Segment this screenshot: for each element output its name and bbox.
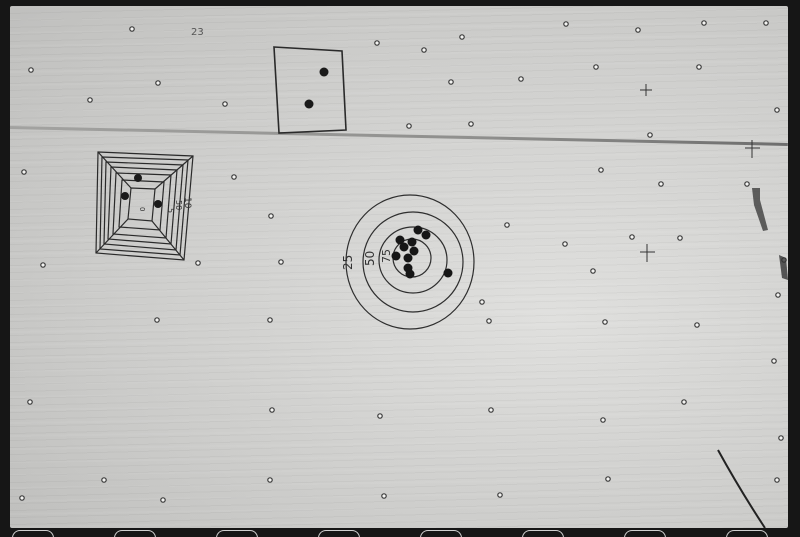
nail-hole	[407, 124, 411, 128]
nail-holes	[20, 21, 786, 502]
nail-hole	[599, 168, 603, 172]
square-target-label: 10	[182, 197, 192, 209]
film-sprocket-holes	[0, 530, 800, 537]
board-crack	[718, 450, 765, 528]
nail-hole	[519, 77, 523, 81]
nail-hole	[776, 293, 780, 297]
nail-hole	[469, 122, 473, 126]
nail-hole	[487, 319, 491, 323]
nail-hole	[480, 300, 484, 304]
sprocket-hole	[114, 530, 156, 537]
nail-hole	[130, 27, 134, 31]
pencil-marks	[640, 84, 760, 262]
nail-hole	[41, 263, 45, 267]
sprocket-hole	[216, 530, 258, 537]
nail-hole	[601, 418, 605, 422]
nail-hole	[563, 242, 567, 246]
nail-hole	[20, 496, 24, 500]
sprocket-hole	[522, 530, 564, 537]
sprocket-hole	[318, 530, 360, 537]
sprocket-hole	[726, 530, 768, 537]
rectangle-target	[274, 47, 346, 133]
bullet-hole	[320, 68, 329, 77]
bullet-hole	[121, 192, 129, 200]
nail-hole	[102, 478, 106, 482]
nail-hole	[223, 102, 227, 106]
nail-hole	[606, 477, 610, 481]
square-target-label: 5	[166, 208, 175, 213]
nail-hole	[382, 494, 386, 498]
nail-hole	[489, 408, 493, 412]
bullet-hole	[154, 200, 162, 208]
nail-hole	[196, 261, 200, 265]
nail-hole	[764, 21, 768, 25]
nail-hole	[659, 182, 663, 186]
nail-hole	[29, 68, 33, 72]
nail-hole	[232, 175, 236, 179]
nail-hole	[505, 223, 509, 227]
nail-hole	[269, 214, 273, 218]
target-drawings: 23 0 5 50 10 25 50 75	[0, 0, 800, 537]
nail-hole	[22, 170, 26, 174]
nail-hole	[648, 133, 652, 137]
nail-hole	[630, 235, 634, 239]
nail-hole	[591, 269, 595, 273]
board-marking: 23	[191, 27, 204, 38]
nail-hole	[268, 478, 272, 482]
nail-hole	[161, 498, 165, 502]
nail-hole	[270, 408, 274, 412]
nail-hole	[678, 236, 682, 240]
nail-hole	[155, 318, 159, 322]
nail-hole	[702, 21, 706, 25]
nail-hole	[498, 493, 502, 497]
ring-label-75: 75	[380, 249, 393, 263]
nail-hole	[594, 65, 598, 69]
nail-hole	[695, 323, 699, 327]
sprocket-hole	[624, 530, 666, 537]
nail-hole	[779, 436, 783, 440]
square-target-label: 50	[174, 200, 183, 210]
nail-hole	[88, 98, 92, 102]
sprocket-hole	[420, 530, 462, 537]
nail-hole	[375, 41, 379, 45]
square-target-label: 0	[138, 207, 146, 211]
bullet-cluster	[392, 226, 453, 279]
nail-hole	[28, 400, 32, 404]
nail-hole	[378, 414, 382, 418]
nail-hole	[449, 80, 453, 84]
nail-hole	[775, 108, 779, 112]
nail-hole	[460, 35, 464, 39]
nail-hole	[279, 260, 283, 264]
nail-hole	[772, 359, 776, 363]
nail-hole	[564, 22, 568, 26]
bullet-hole	[305, 100, 314, 109]
nail-hole	[775, 478, 779, 482]
nail-hole	[156, 81, 160, 85]
nail-hole	[682, 400, 686, 404]
nail-hole	[697, 65, 701, 69]
nail-hole	[268, 318, 272, 322]
sprocket-hole	[12, 530, 54, 537]
nail-hole	[422, 48, 426, 52]
nail-hole	[636, 28, 640, 32]
bullet-hole	[134, 174, 142, 182]
ring-label-25: 25	[341, 255, 355, 270]
ring-label-50: 50	[363, 251, 377, 266]
nail-hole	[745, 182, 749, 186]
board-stain	[779, 255, 788, 280]
board-stain	[752, 188, 768, 231]
nail-hole	[603, 320, 607, 324]
